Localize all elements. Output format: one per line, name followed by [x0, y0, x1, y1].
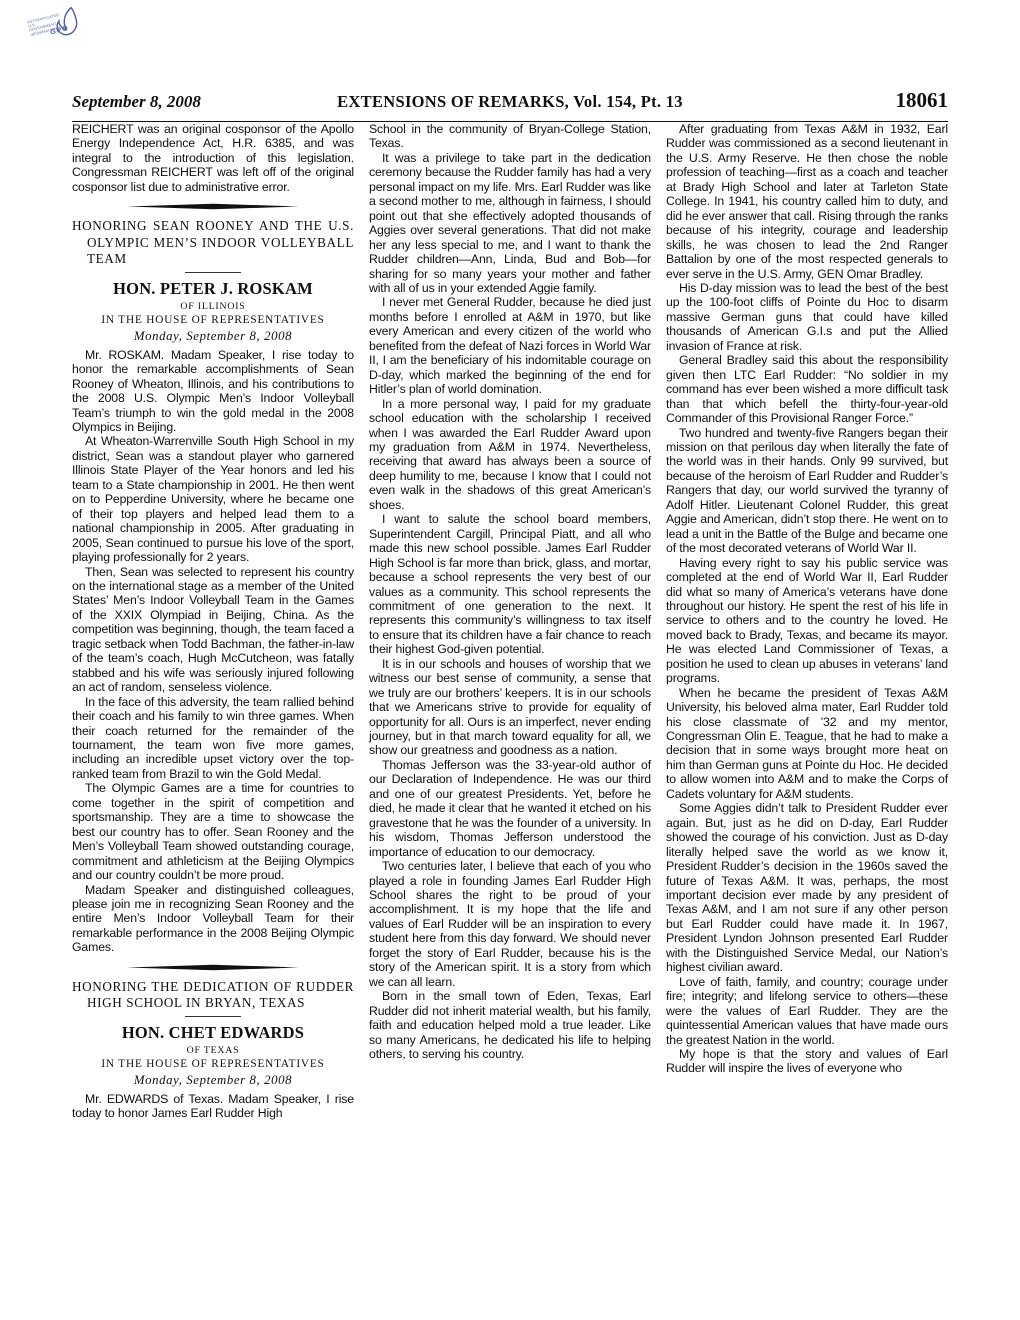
paragraph: When he became the president of Texas A&…	[666, 686, 948, 802]
paragraph: Two hundred and twenty-five Rangers bega…	[666, 426, 948, 556]
member-name: HON. CHET EDWARDS	[72, 1022, 354, 1043]
title-rule	[185, 272, 241, 273]
paragraph: Some Aggies didn’t talk to President Rud…	[666, 801, 948, 974]
paragraph: Two centuries later, I believe that each…	[369, 859, 651, 989]
paragraph: Mr. EDWARDS of Texas. Madam Speaker, I r…	[72, 1092, 354, 1121]
article-title: HONORING SEAN ROONEY AND THE U.S. OLYMPI…	[72, 218, 354, 268]
issue-date: September 8, 2008	[72, 92, 292, 112]
sitting-date: Monday, September 8, 2008	[72, 1073, 354, 1088]
member-state: OF ILLINOIS	[72, 301, 354, 312]
gpo-authentication-stamp: AUTHENTICATED U.S. GOVERNMENT INFORMATIO…	[24, 0, 107, 76]
paragraph: I want to salute the school board member…	[369, 512, 651, 657]
column-3: After graduating from Texas A&M in 1932,…	[666, 122, 948, 1272]
paragraph: The Olympic Games are a time for countri…	[72, 781, 354, 882]
paragraph: His D-day mission was to lead the best o…	[666, 281, 948, 353]
page-number: 18061	[728, 88, 948, 113]
paragraph: REICHERT was an original cosponsor of th…	[72, 122, 354, 194]
paragraph: I never met General Rudder, because he d…	[369, 295, 651, 396]
paragraph: It was a privilege to take part in the d…	[369, 151, 651, 296]
paragraph: Love of faith, family, and country; cour…	[666, 975, 948, 1047]
paragraph: School in the community of Bryan-College…	[369, 122, 651, 151]
paragraph: Having every right to say his public ser…	[666, 556, 948, 686]
page-body: REICHERT was an original cosponsor of th…	[72, 122, 948, 1272]
article-title: HONORING THE DEDICATION OF RUDDER HIGH S…	[72, 979, 354, 1012]
running-head: September 8, 2008 EXTENSIONS OF REMARKS,…	[72, 88, 948, 122]
paragraph: Then, Sean was selected to represent his…	[72, 565, 354, 695]
paragraph: At Wheaton-Warrenville South High School…	[72, 434, 354, 564]
paragraph: Born in the small town of Eden, Texas, E…	[369, 989, 651, 1061]
paragraph: Thomas Jefferson was the 33-year-old aut…	[369, 758, 651, 859]
journal-title: EXTENSIONS OF REMARKS, Vol. 154, Pt. 13	[292, 92, 728, 112]
column-2: School in the community of Bryan-College…	[369, 122, 651, 1272]
member-state: OF TEXAS	[72, 1045, 354, 1056]
paragraph: Madam Speaker and distinguished colleagu…	[72, 883, 354, 955]
member-chamber: IN THE HOUSE OF REPRESENTATIVES	[72, 1058, 354, 1070]
paragraph: General Bradley said this about the resp…	[666, 353, 948, 425]
column-1: REICHERT was an original cosponsor of th…	[72, 122, 354, 1272]
paragraph: My hope is that the story and values of …	[666, 1047, 948, 1076]
paragraph: In a more personal way, I paid for my gr…	[369, 397, 651, 513]
article-separator-rule	[127, 964, 299, 971]
sitting-date: Monday, September 8, 2008	[72, 329, 354, 344]
title-rule	[185, 1016, 241, 1017]
member-name: HON. PETER J. ROSKAM	[72, 278, 354, 299]
paragraph: Mr. ROSKAM. Madam Speaker, I rise today …	[72, 348, 354, 435]
paragraph: After graduating from Texas A&M in 1932,…	[666, 122, 948, 281]
paragraph: It is in our schools and houses of worsh…	[369, 657, 651, 758]
member-chamber: IN THE HOUSE OF REPRESENTATIVES	[72, 314, 354, 326]
article-separator-rule	[127, 203, 299, 210]
paragraph: In the face of this adversity, the team …	[72, 695, 354, 782]
